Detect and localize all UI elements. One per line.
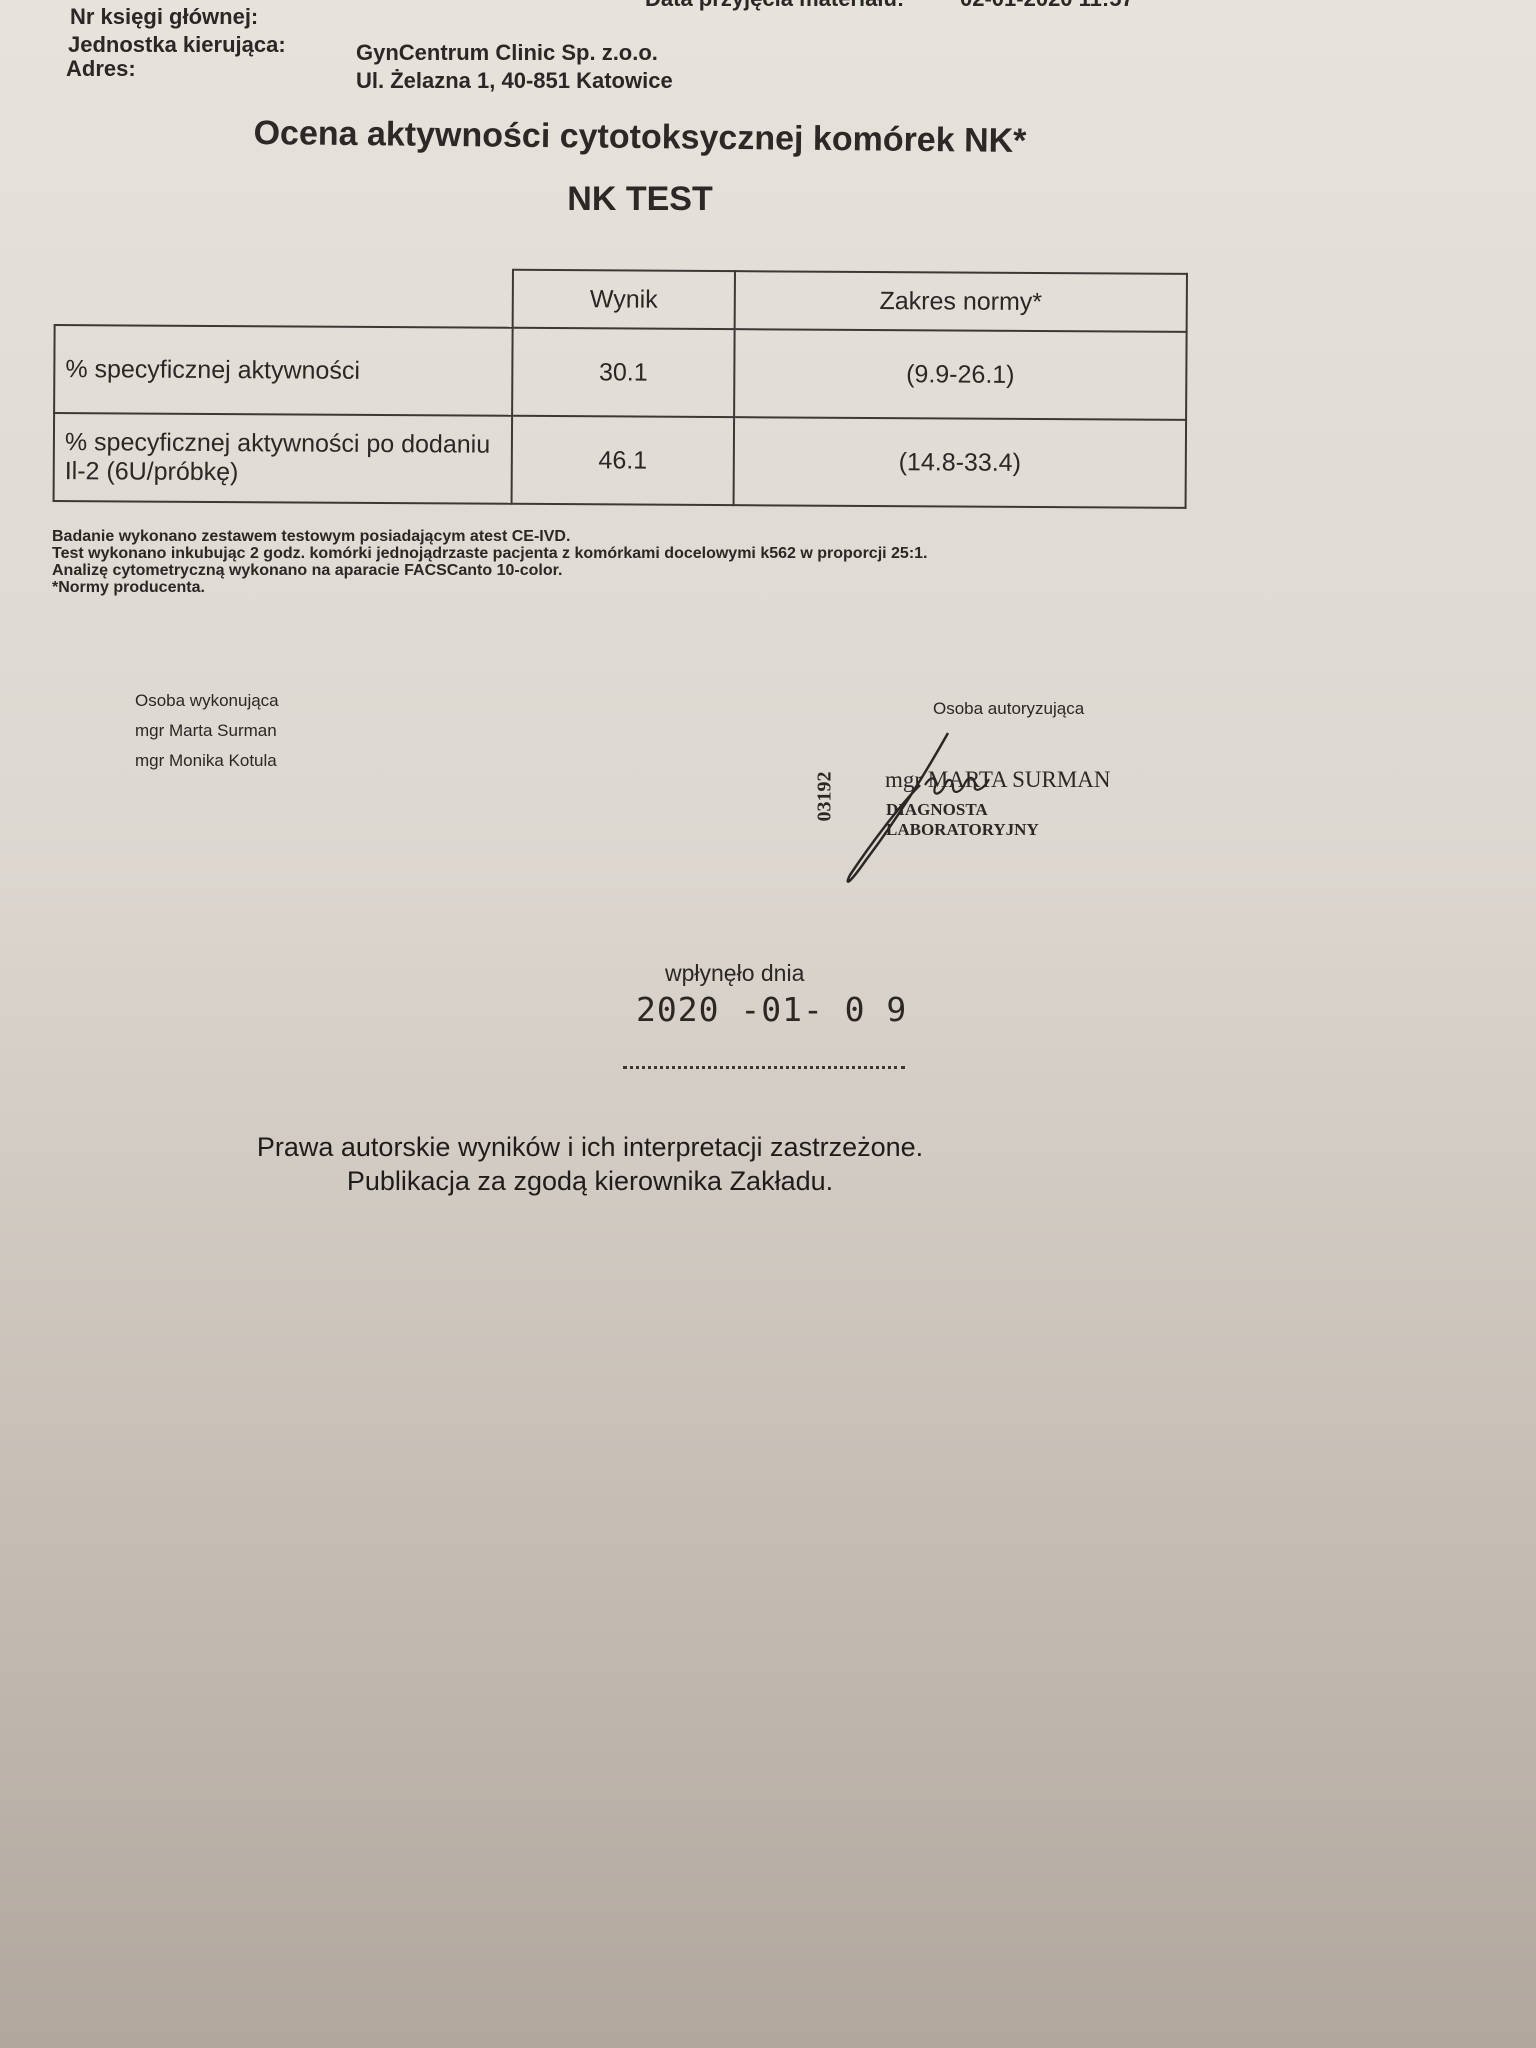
table-row: % specyficznej aktywności 30.1 (9.9-26.1…: [54, 325, 1187, 420]
report-title: Ocena aktywności cytotoksycznej komórek …: [140, 113, 1140, 162]
performed-by-block: Osoba wykonująca mgr Marta Surman mgr Mo…: [135, 686, 279, 776]
range-cell: (14.8-33.4): [734, 417, 1187, 508]
performer-name: mgr Marta Surman: [135, 716, 279, 746]
stamp-title: DIAGNOSTA LABORATORYJNY: [886, 800, 1130, 840]
copyright-notice: Prawa autorskie wyników i ich interpreta…: [180, 1130, 1000, 1198]
received-date-value: 02-01-2020 11:57: [960, 0, 1134, 10]
performer-name: mgr Monika Kotula: [135, 746, 279, 776]
report-subtitle: NK TEST: [140, 180, 1140, 219]
ledger-number-label: Nr księgi głównej:: [70, 6, 258, 28]
method-notes: Badanie wykonano zestawem testowym posia…: [52, 528, 1152, 596]
authorized-by-label: Osoba autoryzująca: [933, 694, 1084, 724]
received-stamp-date: 2020 -01- 0 9: [636, 990, 907, 1029]
authorization-stamp: 03192 mgr MARTA SURMAN DIAGNOSTA LABORAT…: [830, 725, 1130, 895]
date-dotted-line: [623, 1066, 905, 1069]
note-line: Test wykonano inkubując 2 godz. komórki …: [52, 545, 1152, 562]
received-date-label: Data przyjęcia materiału:: [645, 0, 904, 10]
address-value: Ul. Żelazna 1, 40-851 Katowice: [356, 70, 673, 92]
note-line: Analizę cytometryczną wykonano na aparac…: [52, 562, 1152, 579]
result-cell: 30.1: [512, 328, 735, 417]
copyright-line: Prawa autorskie wyników i ich interpreta…: [180, 1130, 1000, 1164]
performed-by-label: Osoba wykonująca: [135, 686, 279, 716]
referring-unit-label: Jednostka kierująca:: [68, 34, 286, 56]
results-table: Wynik Zakres normy* % specyficznej aktyw…: [53, 266, 1188, 509]
header-range: Zakres normy*: [735, 271, 1187, 332]
header-result: Wynik: [513, 270, 735, 329]
publication-line: Publikacja za zgodą kierownika Zakładu.: [180, 1164, 1000, 1198]
parameter-cell: % specyficznej aktywności: [54, 325, 513, 416]
note-line: Badanie wykonano zestawem testowym posia…: [52, 528, 1152, 545]
result-cell: 46.1: [512, 416, 735, 505]
range-cell: (9.9-26.1): [734, 329, 1187, 420]
note-line: *Normy producenta.: [52, 579, 1152, 596]
stamp-number: 03192: [814, 772, 837, 822]
stamp-name: mgr MARTA SURMAN: [885, 767, 1111, 793]
referring-unit-value: GynCentrum Clinic Sp. z.o.o.: [356, 42, 658, 64]
parameter-cell: % specyficznej aktywności po dodaniu Il-…: [54, 413, 513, 504]
table-header-row: Wynik Zakres normy*: [55, 267, 1187, 332]
header-empty: [55, 267, 513, 328]
received-stamp-label: wpłynęło dnia: [665, 960, 804, 987]
table-row: % specyficznej aktywności po dodaniu Il-…: [54, 413, 1187, 508]
address-label: Adres:: [66, 58, 136, 80]
